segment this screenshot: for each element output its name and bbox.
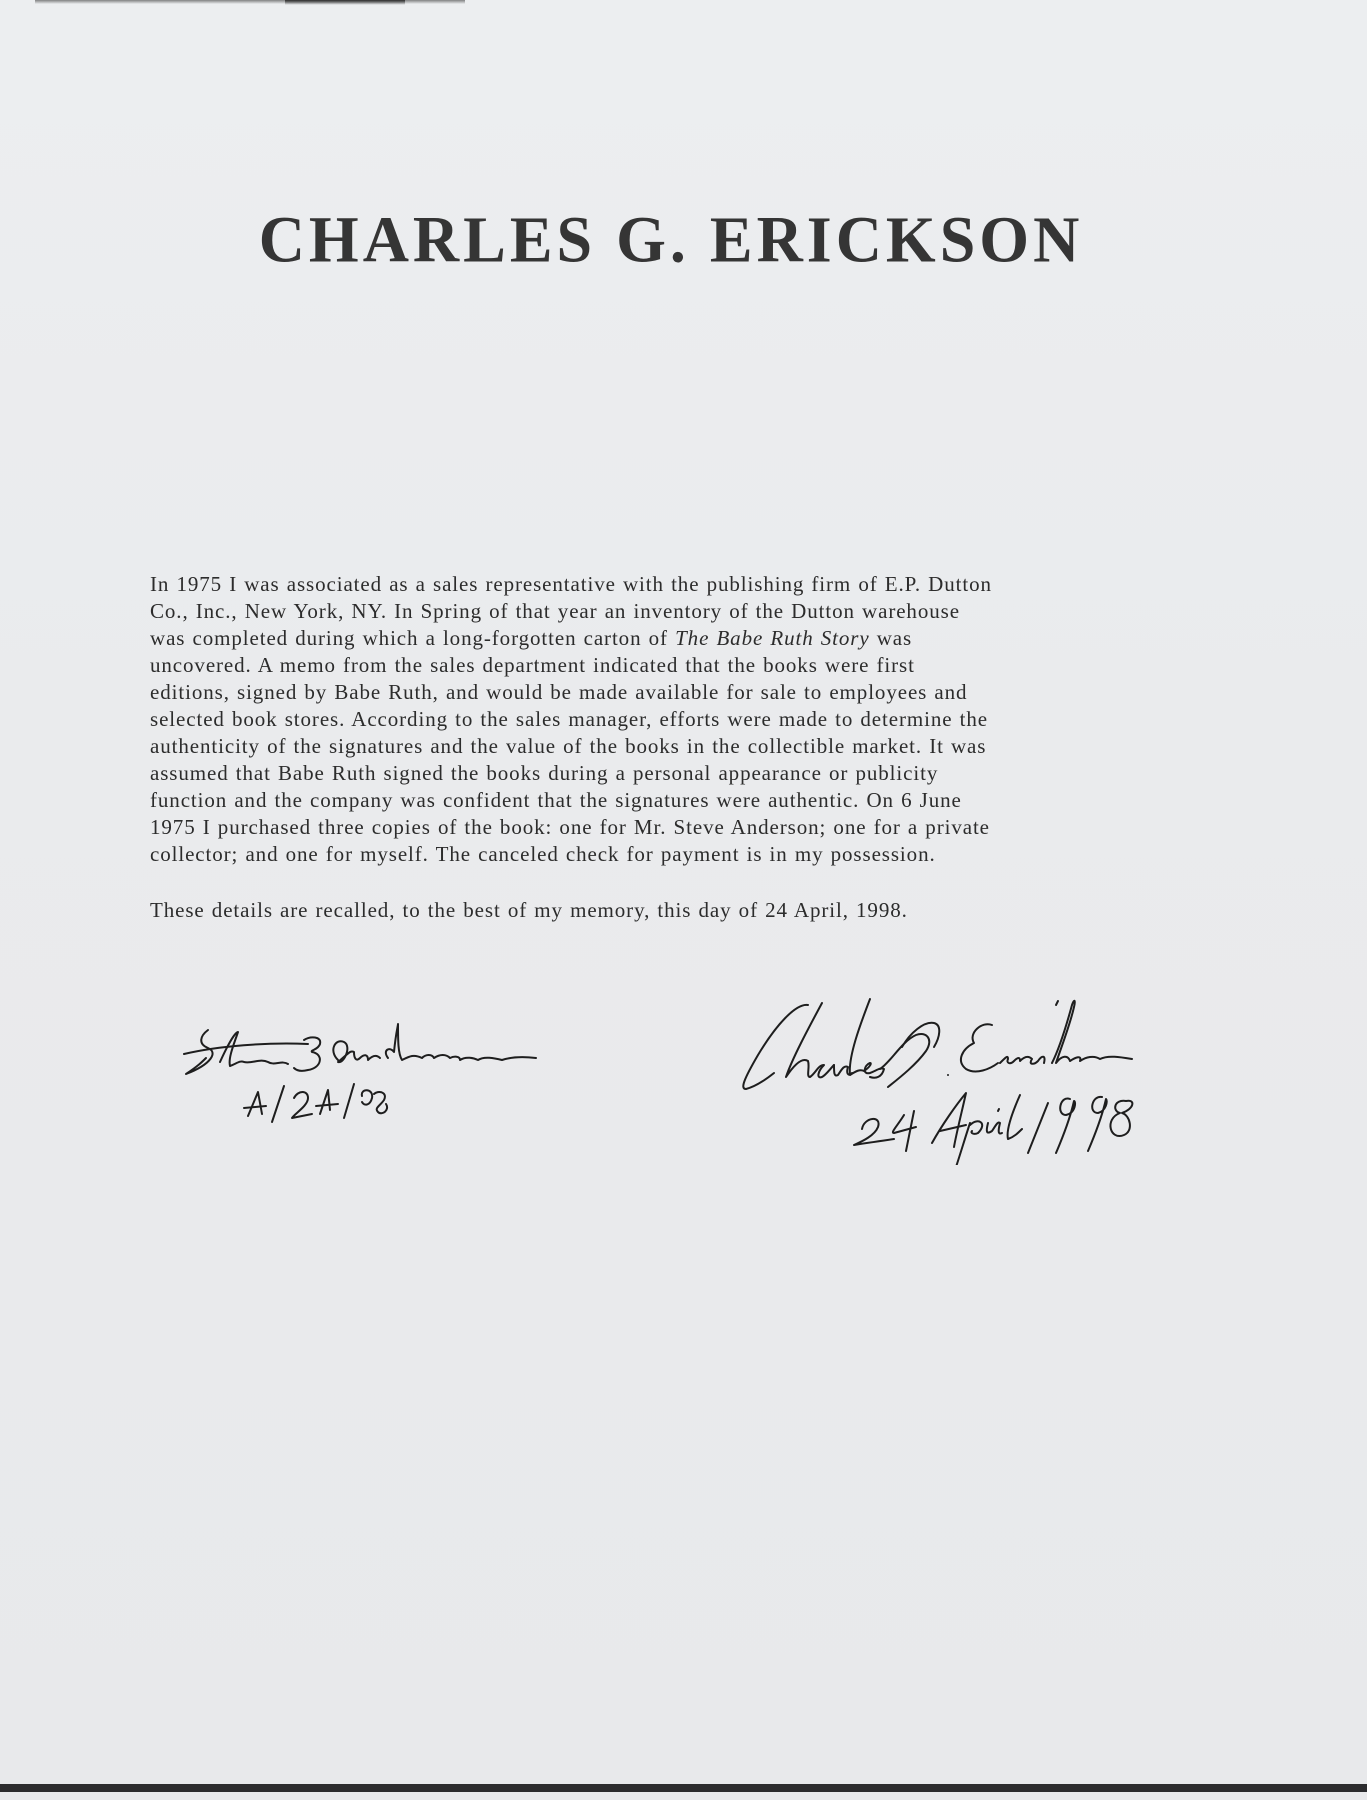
body-line: authenticity of the signatures and the v… xyxy=(150,733,1210,760)
scan-edge xyxy=(0,1784,1367,1792)
book-title: The Babe Ruth Story xyxy=(675,626,870,650)
scan-edge-shadow xyxy=(285,0,405,5)
body-line: editions, signed by Babe Ruth, and would… xyxy=(150,679,1210,706)
handwritten-signature-icon xyxy=(178,1010,558,1130)
body-line: uncovered. A memo from the sales departm… xyxy=(150,652,1210,679)
body-line: In 1975 I was associated as a sales repr… xyxy=(150,571,1210,598)
body-line-text: was completed during which a long-forgot… xyxy=(150,626,675,650)
letterhead-title: CHARLES G. ERICKSON xyxy=(0,202,1342,277)
letter-page: CHARLES G. ERICKSON In 1975 I was associ… xyxy=(0,0,1367,1792)
body-line: assumed that Babe Ruth signed the books … xyxy=(150,760,1210,787)
statement-paragraph: In 1975 I was associated as a sales repr… xyxy=(150,571,1210,868)
handwritten-signature-icon xyxy=(730,985,1190,1165)
signature-anderson: Steve B. Anderson 4/24/98 xyxy=(178,1010,558,1130)
body-line: function and the company was confident t… xyxy=(150,787,1210,814)
body-line: Co., Inc., New York, NY. In Spring of th… xyxy=(150,598,1210,625)
body-line: selected book stores. According to the s… xyxy=(150,706,1210,733)
body-line: 1975 I purchased three copies of the boo… xyxy=(150,814,1210,841)
body-line: collector; and one for myself. The cance… xyxy=(150,841,1210,868)
body-line: was completed during which a long-forgot… xyxy=(150,625,1210,652)
signature-erickson: Charles G. Erickson 24 April 1998 xyxy=(730,985,1190,1165)
closing-statement: These details are recalled, to the best … xyxy=(150,898,908,923)
body-line-text: was xyxy=(870,626,913,650)
